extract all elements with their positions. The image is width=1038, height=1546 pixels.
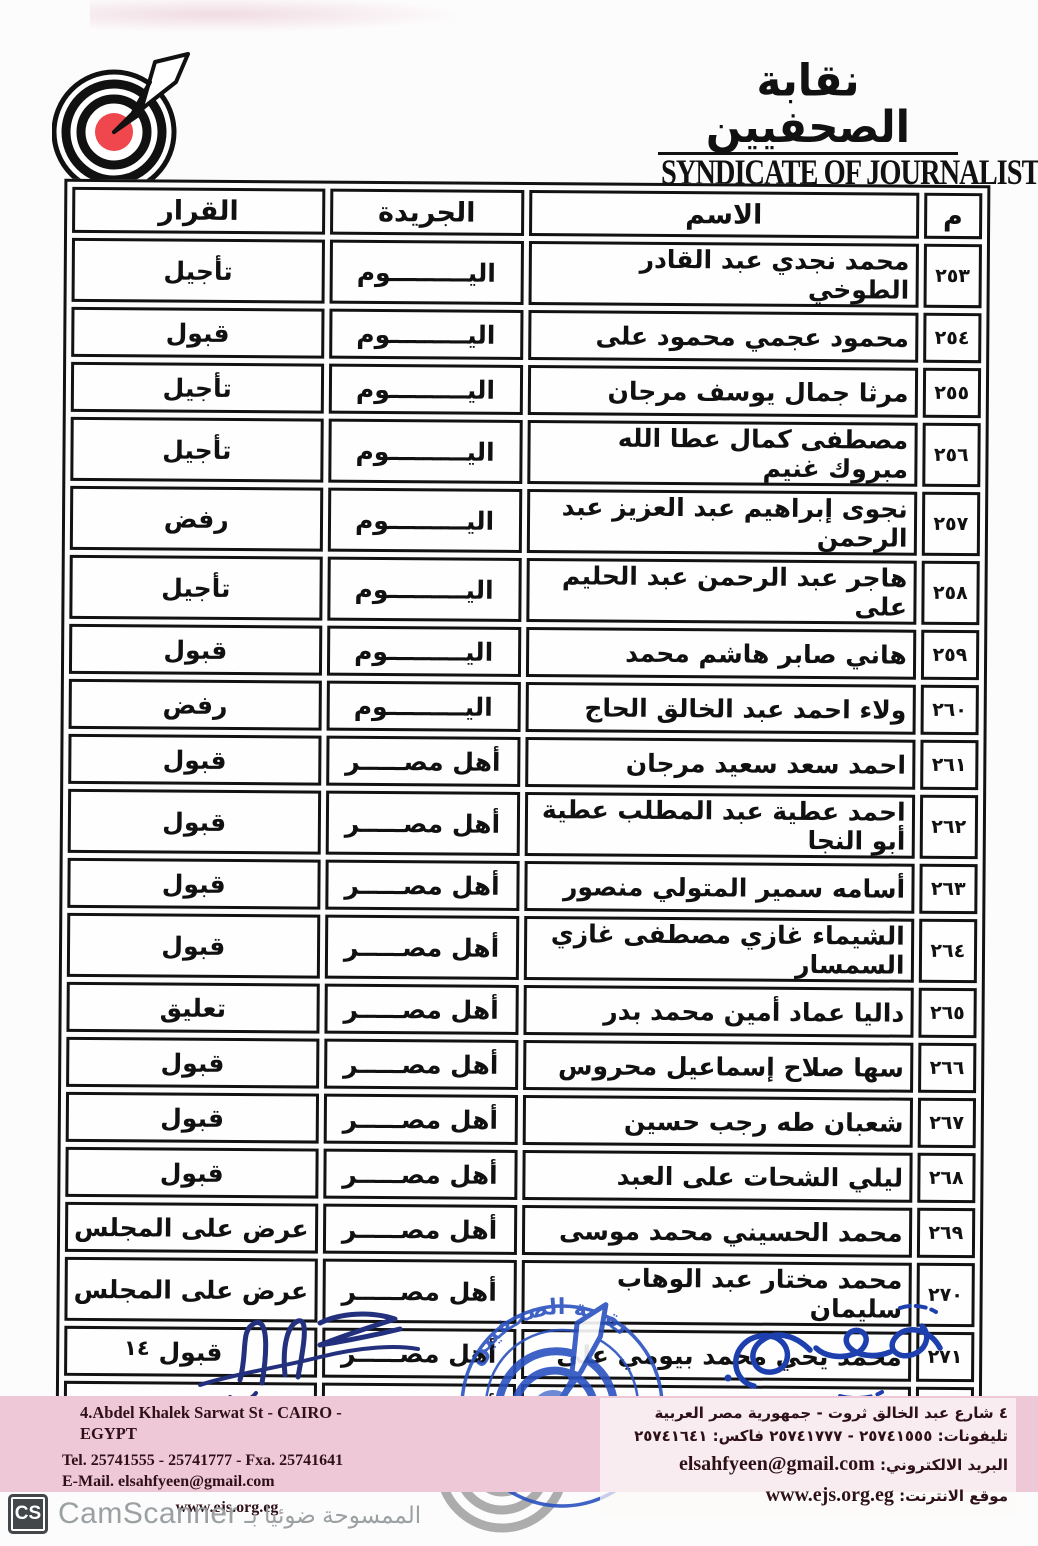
cell-name: محمد الحسيني محمد موسى xyxy=(521,1205,911,1258)
email-value: elsahfyeen@gmail.com xyxy=(679,1453,875,1475)
cell-decision: عرض على المجلس xyxy=(65,1202,318,1254)
cell-num: ٢٥٨ xyxy=(921,561,980,625)
cell-name: احمد سعد سعيد مرجان xyxy=(525,737,915,790)
cell-paper: أهل مصـــــر xyxy=(324,1039,518,1090)
address-en: 4.Abdel Khalek Sarwat St - CAIRO - EGYPT xyxy=(80,1402,392,1445)
column-header-num: م xyxy=(924,193,983,239)
table-row: ٢٦٦سها صلاح إسماعيل محروسأهل مصـــــرقبو… xyxy=(66,1037,976,1093)
cell-paper: أهل مصـــــر xyxy=(326,736,520,787)
handwritten-signature-blue xyxy=(690,1300,960,1410)
cell-name: مصطفى كمال عطا الله مبروك غنيم xyxy=(527,420,917,487)
table-row: ٢٦٥داليا عماد أمين محمد بدرأهل مصـــــرت… xyxy=(66,982,976,1038)
cell-name: هاجر عبد الرحمن عبد الحليم على xyxy=(526,558,916,625)
cell-decision: قبول xyxy=(66,1092,319,1144)
cell-paper: اليـــــــــوم xyxy=(328,364,522,415)
cell-decision: تأجيل xyxy=(69,555,322,621)
cell-name: شعبان طه رجب حسين xyxy=(522,1095,912,1148)
cell-name: احمد عطية عبد المطلب عطية أبو النجا xyxy=(524,792,914,859)
cell-num: ٢٦٩ xyxy=(917,1208,976,1258)
column-header-paper: الجريدة xyxy=(330,189,524,236)
cell-num: ٢٦٠ xyxy=(920,685,979,735)
cell-name: سها صلاح إسماعيل محروس xyxy=(523,1040,913,1093)
table-row: ٢٥٤محمود عجمي محمود علىاليـــــــــومقبو… xyxy=(71,307,981,363)
column-header-decision: القرار xyxy=(72,187,325,235)
cell-decision: قبول xyxy=(69,624,322,676)
cell-num: ٢٥٧ xyxy=(921,492,980,556)
cell-num: ٢٥٩ xyxy=(921,630,980,680)
roster-table: م الاسم الجريدة القرار ٢٥٣محمد نجدي عبد … xyxy=(56,179,991,1445)
cell-decision: تأجيل xyxy=(70,417,323,483)
cell-num: ٢٦٥ xyxy=(918,988,977,1038)
cell-paper: أهل مصـــــر xyxy=(323,1149,517,1200)
cell-decision: قبول xyxy=(68,789,321,855)
phone-en: Tel. 25741555 - 25741777 - Fxa. 25741641 xyxy=(62,1451,392,1472)
table-row: ٢٥٥مرثا جمال يوسف مرجاناليـــــــــومتأج… xyxy=(71,362,981,418)
website-ar: موقع الانترنت: www.ejs.org.eg xyxy=(608,1480,1008,1511)
cell-name: مرثا جمال يوسف مرجان xyxy=(527,365,917,418)
cell-decision: رفض xyxy=(69,679,322,731)
table-row: ٢٥٣محمد نجدي عبد القادر الطوخياليـــــــ… xyxy=(72,238,982,308)
website-label: موقع الانترنت: xyxy=(899,1487,1008,1505)
cell-paper: اليـــــــــوم xyxy=(329,309,523,360)
phone-ar: تليفونات: ٢٥٧٤١٥٥٥ - ٢٥٧٤١٧٧٧ فاكس: ٢٥٧٤… xyxy=(608,1425,1008,1448)
cell-num: ٢٦٨ xyxy=(917,1153,976,1203)
cell-num: ٢٦٤ xyxy=(918,919,977,983)
cell-num: ٢٦١ xyxy=(920,740,979,790)
cell-paper: أهل مصـــــر xyxy=(324,984,518,1035)
cell-paper: أهل مصـــــر xyxy=(324,915,518,980)
address-ar: ٤ شارع عبد الخالق ثروت - جمهورية مصر الع… xyxy=(608,1402,1008,1425)
cell-decision: قبول xyxy=(66,1037,319,1089)
cell-name: داليا عماد أمين محمد بدر xyxy=(523,985,913,1038)
email-ar: البريد الالكتروني: elsahfyeen@gmail.com xyxy=(608,1449,1008,1480)
camscanner-caption: الممسوحة ضوئيا بـ CamScanner xyxy=(58,1497,421,1531)
table-row: ٢٦٧شعبان طه رجب حسينأهل مصـــــرقبول xyxy=(66,1092,976,1148)
header-row: م الاسم الجريدة القرار xyxy=(72,187,982,239)
cell-decision: قبول xyxy=(71,307,324,359)
email-en: E-Mail. elsahfyeen@gmail.com xyxy=(62,1472,392,1493)
cell-paper: اليـــــــــوم xyxy=(326,681,520,732)
cell-decision: رفض xyxy=(70,486,323,552)
cell-decision: تأجيل xyxy=(72,238,325,304)
camscanner-badge-icon: CS xyxy=(8,1494,48,1534)
table-body: ٢٥٣محمد نجدي عبد القادر الطوخياليـــــــ… xyxy=(64,238,982,1437)
table-row: ٢٦٣أسامه سمير المتولي منصورأهل مصـــــرق… xyxy=(67,858,977,914)
cell-paper: اليـــــــــوم xyxy=(329,240,523,305)
page-number: ١٤ xyxy=(124,1336,150,1360)
cell-decision: قبول xyxy=(67,913,320,979)
roster-table-wrap: م الاسم الجريدة القرار ٢٥٣محمد نجدي عبد … xyxy=(56,179,991,1445)
cell-name: محمد نجدي عبد القادر الطوخي xyxy=(528,241,918,308)
table-row: ٢٦١احمد سعد سعيد مرجانأهل مصـــــرقبول xyxy=(68,734,978,790)
cell-num: ٢٥٦ xyxy=(922,423,981,487)
cell-name: محمود عجمي محمود على xyxy=(528,310,918,363)
table-header: م الاسم الجريدة القرار xyxy=(72,187,982,239)
cell-num: ٢٥٥ xyxy=(922,368,981,418)
camscanner-watermark: CS الممسوحة ضوئيا بـ CamScanner xyxy=(8,1494,421,1534)
cell-paper: أهل مصـــــر xyxy=(325,791,519,856)
cell-num: ٢٥٣ xyxy=(923,244,982,308)
email-label: البريد الالكتروني: xyxy=(880,1456,1008,1474)
cell-name: هاني صابر هاشم محمد xyxy=(526,627,916,680)
cell-name: ولاء احمد عبد الخالق الحاج xyxy=(525,682,915,735)
cell-name: نجوى إبراهيم عبد العزيز عبد الرحمن xyxy=(526,489,916,556)
cell-decision: تأجيل xyxy=(71,362,324,414)
cell-decision: تعليق xyxy=(66,982,319,1034)
cell-decision: قبول xyxy=(67,858,320,910)
scan-smudge xyxy=(90,0,510,36)
cell-num: ٢٦٣ xyxy=(919,864,978,914)
org-titles: نقابة الصحفيين SYNDICATE OF JOURNALISTS xyxy=(658,60,958,201)
cell-paper: اليـــــــــوم xyxy=(327,488,521,553)
letterhead: نقابة الصحفيين SYNDICATE OF JOURNALISTS xyxy=(0,50,1038,180)
table-row: ٢٦٢احمد عطية عبد المطلب عطية أبو النجاأه… xyxy=(68,789,978,859)
contact-block-arabic: ٤ شارع عبد الخالق ثروت - جمهورية مصر الع… xyxy=(600,1398,1016,1517)
column-header-name: الاسم xyxy=(529,190,919,239)
org-title-arabic: نقابة الصحفيين xyxy=(658,58,958,151)
cell-num: ٢٦٢ xyxy=(919,795,978,859)
table-row: ٢٥٦مصطفى كمال عطا الله مبروك غنيماليــــ… xyxy=(70,417,980,487)
camscanner-brand: CamScanner xyxy=(58,1497,238,1530)
handwritten-signature xyxy=(170,1305,430,1405)
cell-paper: أهل مصـــــر xyxy=(325,860,519,911)
cell-paper: أهل مصـــــر xyxy=(322,1204,516,1255)
cell-name: ليلي الشحات على العبد xyxy=(522,1150,912,1203)
table-row: ٢٦٠ولاء احمد عبد الخالق الحاجاليــــــــ… xyxy=(69,679,979,735)
cell-decision: قبول xyxy=(65,1147,318,1199)
camscanner-badge-text: CS xyxy=(15,1503,41,1525)
cell-paper: اليـــــــــوم xyxy=(327,557,521,622)
cell-paper: أهل مصـــــر xyxy=(323,1094,517,1145)
table-row: ٢٥٩هاني صابر هاشم محمداليـــــــــومقبول xyxy=(69,624,979,680)
camscanner-caption-arabic: الممسوحة ضوئيا بـ xyxy=(244,1502,421,1528)
table-row: ٢٦٤الشيماء غازي مصطفى غازي السمسارأهل مص… xyxy=(67,913,977,983)
cell-num: ٢٦٧ xyxy=(917,1098,976,1148)
cell-paper: اليـــــــــوم xyxy=(328,419,522,484)
website-value: www.ejs.org.eg xyxy=(766,1484,894,1506)
table-row: ٢٥٧نجوى إبراهيم عبد العزيز عبد الرحمنالي… xyxy=(70,486,980,556)
cell-name: أسامه سمير المتولي منصور xyxy=(524,861,914,914)
scanned-document-page: نقابة الصحفيين SYNDICATE OF JOURNALISTS … xyxy=(0,0,1038,1546)
table-row: ٢٥٨هاجر عبد الرحمن عبد الحليم علىاليــــ… xyxy=(69,555,979,625)
cell-decision: قبول xyxy=(68,734,321,786)
cell-num: ٢٥٤ xyxy=(923,313,982,363)
table-row: ٢٦٨ليلي الشحات على العبدأهل مصـــــرقبول xyxy=(65,1147,975,1203)
cell-paper: اليـــــــــوم xyxy=(326,626,520,677)
cell-num: ٢٦٦ xyxy=(918,1043,977,1093)
cell-name: الشيماء غازي مصطفى غازي السمسار xyxy=(523,916,913,983)
table-row: ٢٦٩محمد الحسيني محمد موسىأهل مصـــــرعرض… xyxy=(65,1202,975,1258)
